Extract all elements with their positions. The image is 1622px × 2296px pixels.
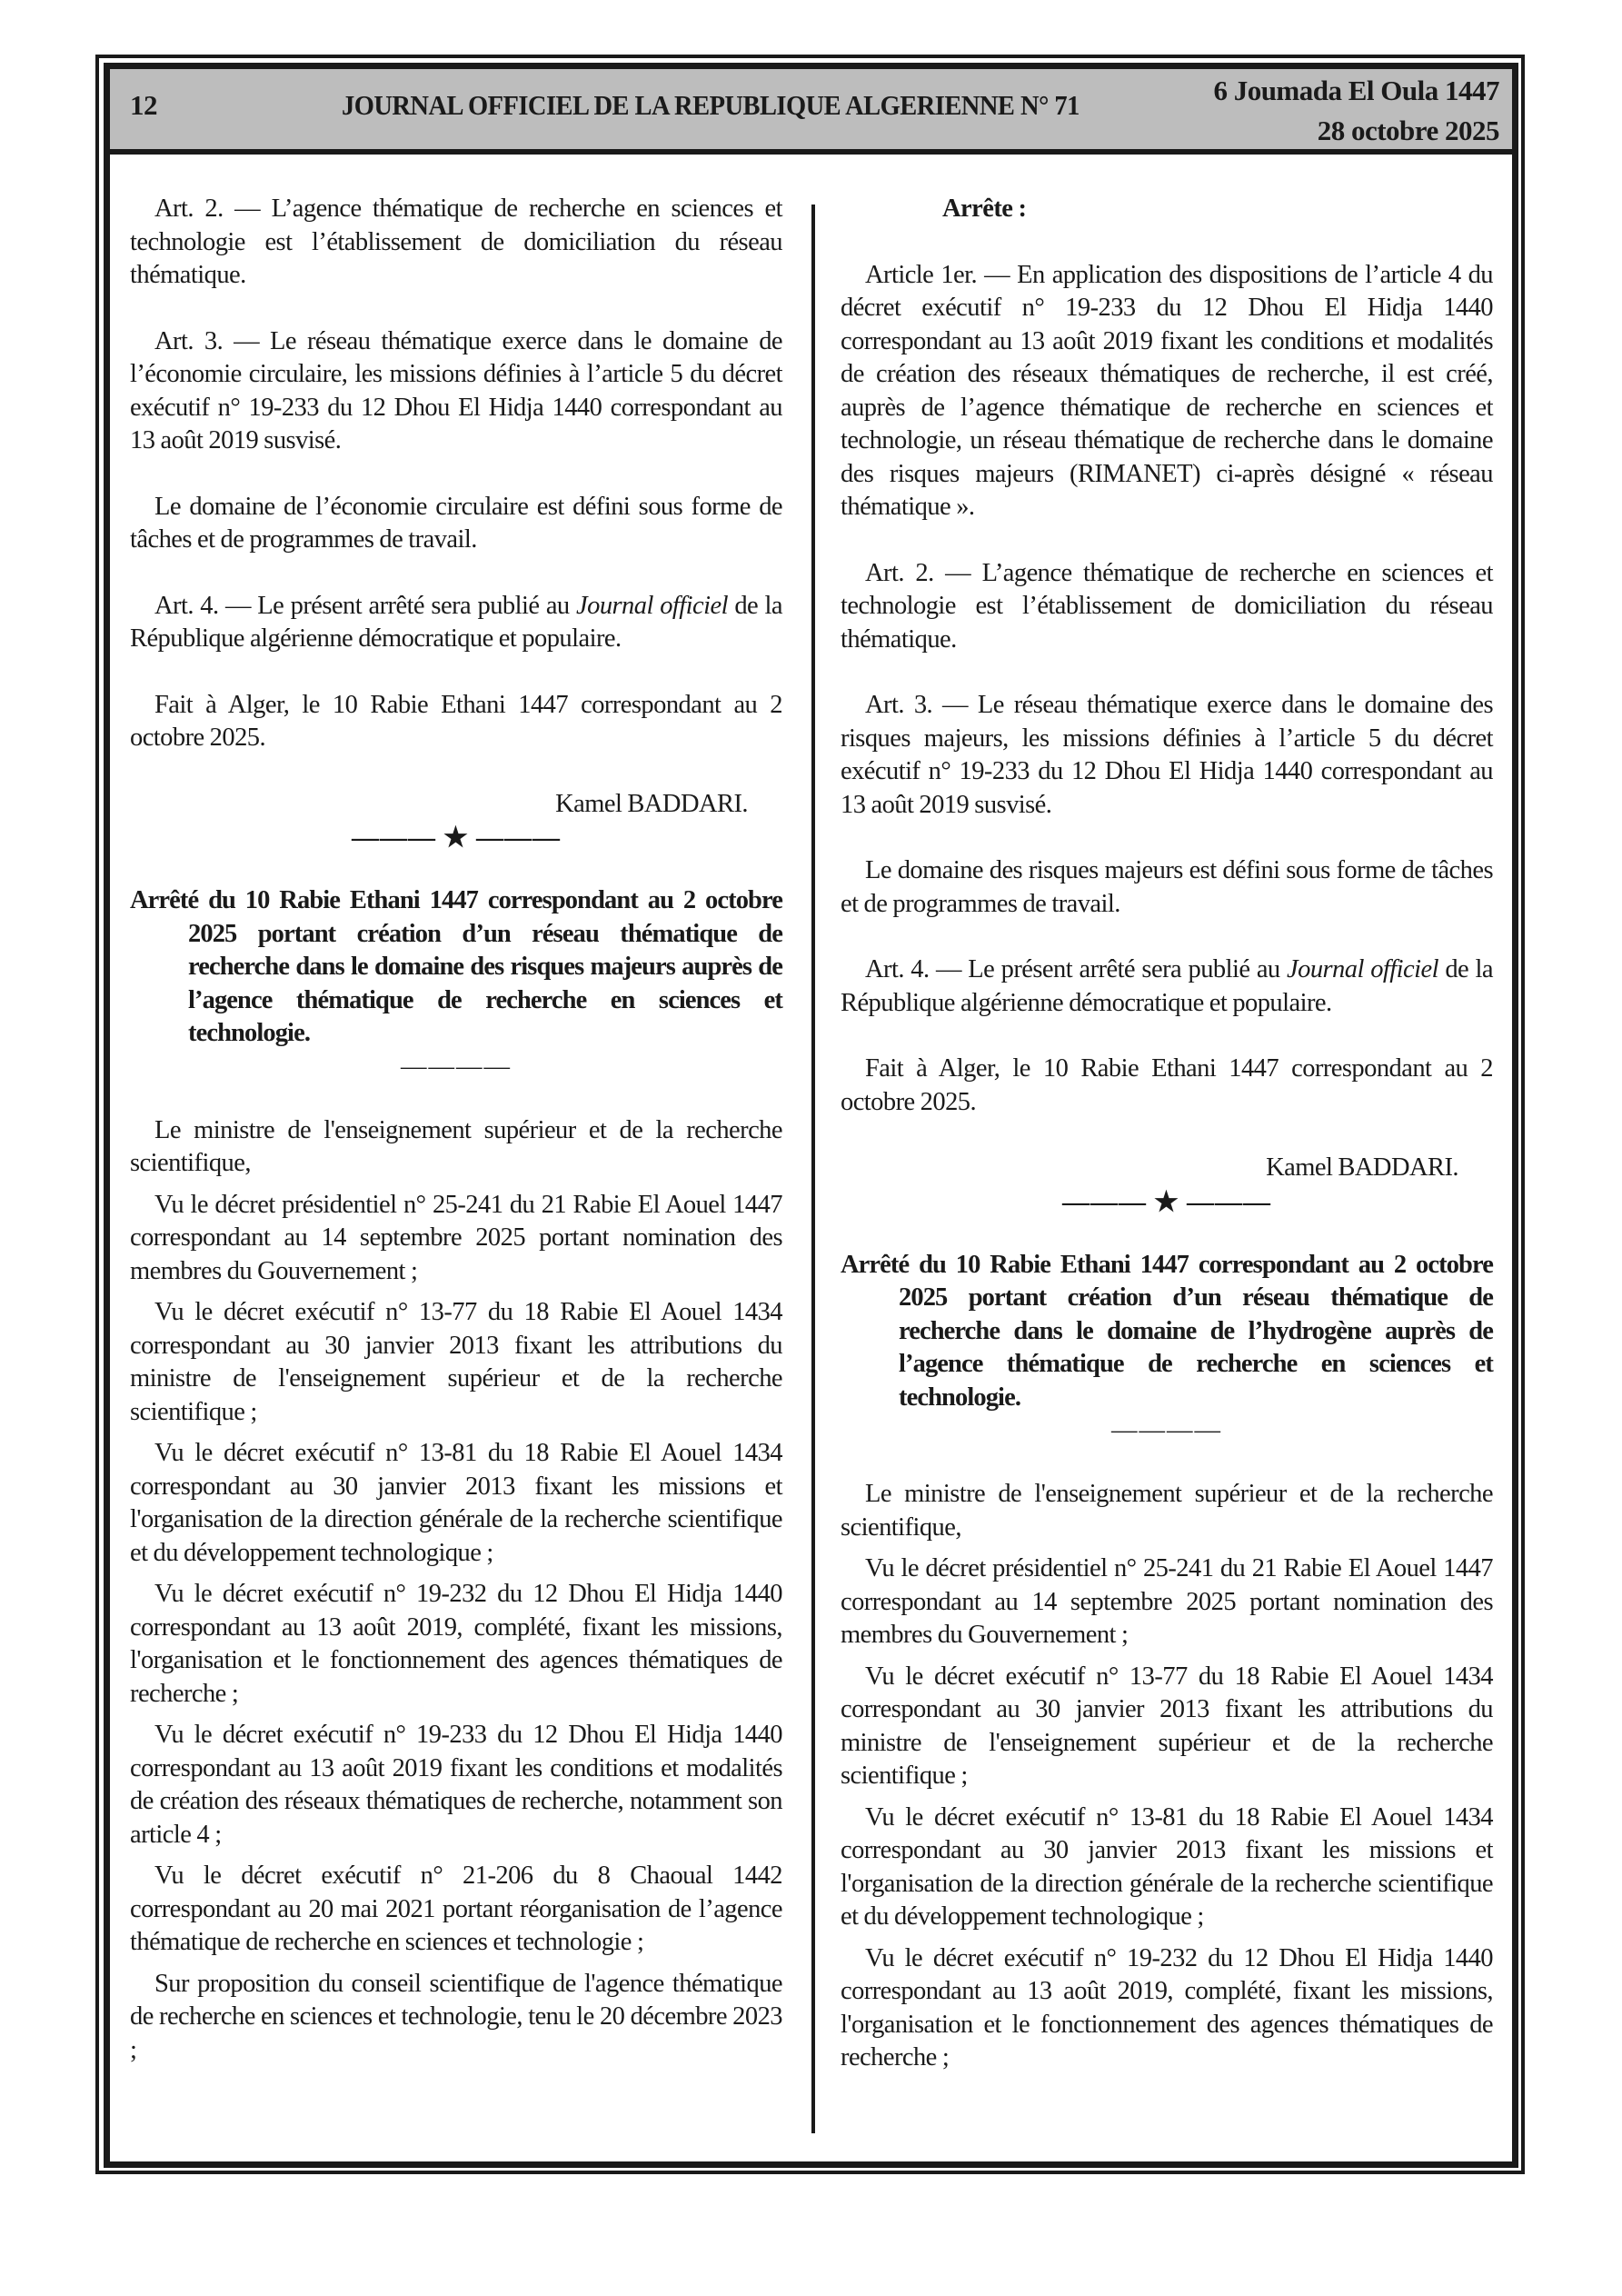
issue-dates: 6 Joumada El Oula 1447 28 octobre 2025 [1213, 71, 1499, 151]
signature: Kamel BADDARI. [130, 788, 782, 822]
domain-definition: Le domaine des risques majeurs est défin… [841, 854, 1493, 921]
decree-title: Arrêté du 10 Rabie Ethani 1447 correspon… [130, 884, 782, 1051]
page-number: 12 [130, 89, 157, 122]
article-4-text: Art. 4. — Le présent arrêté sera publié … [865, 955, 1287, 983]
article-2: Art. 2. — L’agence thématique de recherc… [841, 557, 1493, 657]
visa-item: Vu le décret exécutif n° 13-81 du 18 Rab… [130, 1437, 782, 1570]
short-separator: ———— [841, 1420, 1493, 1442]
hijri-date: 6 Joumada El Oula 1447 [1213, 71, 1499, 111]
article-4-text: Art. 4. — Le présent arrêté sera publié … [154, 592, 576, 620]
article-4: Art. 4. — Le présent arrêté sera publié … [130, 590, 782, 656]
arrete-heading: Arrête : [841, 193, 1493, 226]
right-column: Arrête : Article 1er. — En application d… [841, 193, 1493, 2075]
star-separator: ——— ★ ——— [130, 824, 782, 852]
visa-item: Vu le décret exécutif n° 13-77 du 18 Rab… [130, 1296, 782, 1429]
visa-item: Vu le décret exécutif n° 21-206 du 8 Cha… [130, 1860, 782, 1960]
journal-header: 12 JOURNAL OFFICIEL DE LA REPUBLIQUE ALG… [110, 69, 1512, 155]
visa-item: Sur proposition du conseil scientifique … [130, 1968, 782, 2068]
visa-item: Vu le décret exécutif n° 19-233 du 12 Dh… [130, 1719, 782, 1852]
article-1: Article 1er. — En application des dispos… [841, 259, 1493, 524]
minister-preamble: Le ministre de l'enseignement supérieur … [841, 1478, 1493, 1544]
fait-a-alger: Fait à Alger, le 10 Rabie Ethani 1447 co… [130, 689, 782, 755]
article-3: Art. 3. — Le réseau thématique exerce da… [130, 325, 782, 458]
short-separator: ———— [130, 1056, 782, 1078]
decree-title: Arrêté du 10 Rabie Ethani 1447 correspon… [841, 1249, 1493, 1415]
visa-item: Vu le décret exécutif n° 19-232 du 12 Dh… [841, 1942, 1493, 2075]
left-column: Art. 2. — L’agence thématique de recherc… [130, 193, 782, 2067]
minister-preamble: Le ministre de l'enseignement supérieur … [130, 1114, 782, 1181]
journal-officiel-italic: Journal officiel [1287, 955, 1438, 983]
journal-officiel-italic: Journal officiel [576, 592, 728, 620]
fait-a-alger: Fait à Alger, le 10 Rabie Ethani 1447 co… [841, 1053, 1493, 1119]
gregorian-date: 28 octobre 2025 [1213, 111, 1499, 151]
star-separator: ——— ★ ——— [841, 1189, 1493, 1216]
visa-item: Vu le décret présidentiel n° 25-241 du 2… [130, 1189, 782, 1289]
column-divider [811, 205, 815, 2133]
signature: Kamel BADDARI. [841, 1152, 1493, 1185]
journal-title: JOURNAL OFFICIEL DE LA REPUBLIQUE ALGERI… [342, 89, 1080, 122]
article-3: Art. 3. — Le réseau thématique exerce da… [841, 689, 1493, 822]
visa-item: Vu le décret présidentiel n° 25-241 du 2… [841, 1552, 1493, 1652]
domain-definition: Le domaine de l’économie circulaire est … [130, 491, 782, 557]
article-2: Art. 2. — L’agence thématique de recherc… [130, 193, 782, 293]
article-4: Art. 4. — Le présent arrêté sera publié … [841, 953, 1493, 1020]
visa-item: Vu le décret exécutif n° 19-232 du 12 Dh… [130, 1578, 782, 1711]
visa-item: Vu le décret exécutif n° 13-81 du 18 Rab… [841, 1802, 1493, 1934]
visa-item: Vu le décret exécutif n° 13-77 du 18 Rab… [841, 1661, 1493, 1793]
